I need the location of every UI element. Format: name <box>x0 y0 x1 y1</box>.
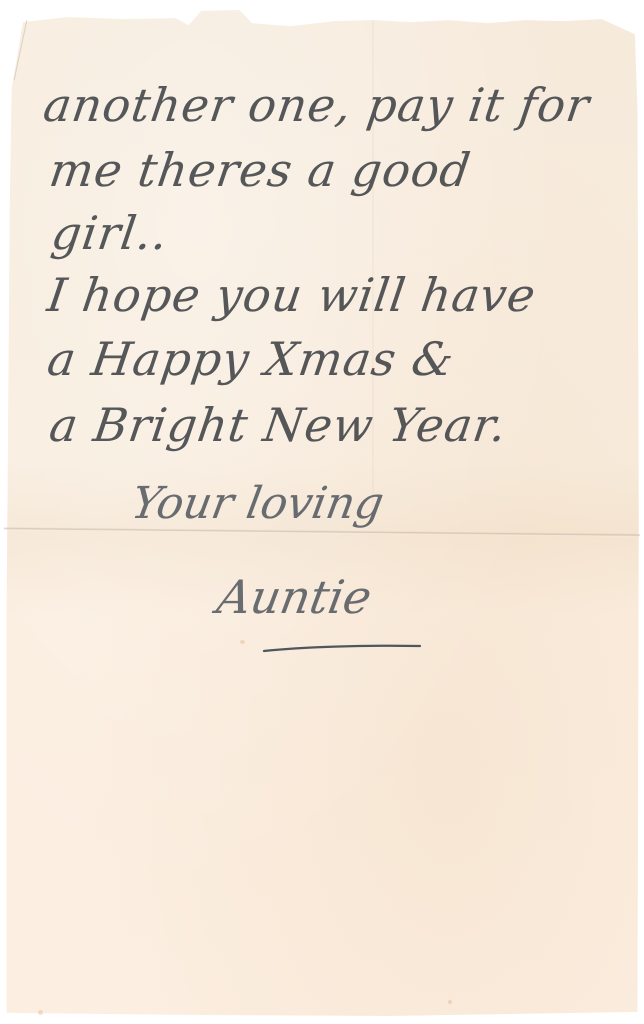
closing-salutation: Your loving <box>128 478 388 529</box>
letter-page: another one, pay it for me theres a good… <box>0 0 644 1024</box>
body-line-3: girl.. <box>48 206 172 260</box>
body-line-6: a Bright New Year. <box>46 398 510 452</box>
body-line-5: a Happy Xmas & <box>44 332 458 386</box>
body-line-2: me theres a good <box>46 143 474 197</box>
body-line-4: I hope you will have <box>44 268 539 322</box>
letter-text: another one, pay it for me theres a good… <box>0 0 644 1024</box>
signature-underline <box>262 643 422 653</box>
body-line-1: another one, pay it for <box>40 78 593 132</box>
signature: Auntie <box>213 570 375 624</box>
